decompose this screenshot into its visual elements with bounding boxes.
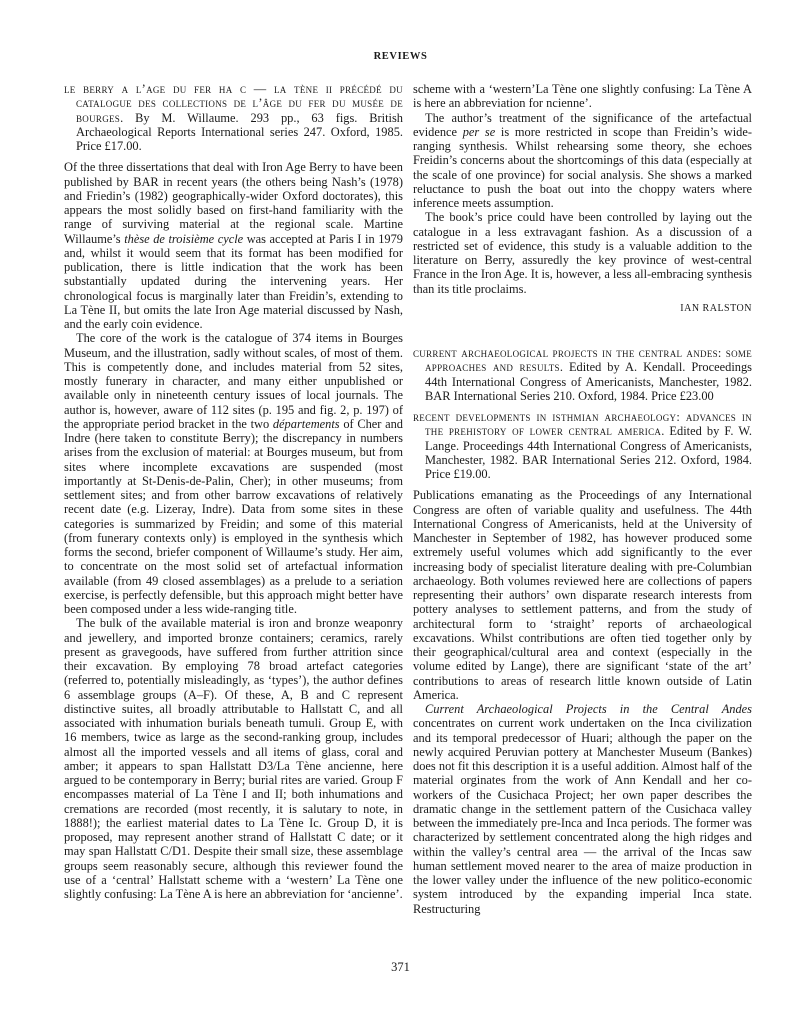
left-column: Le Berry a l’age du fer Ha C — La Tène I…: [64, 82, 403, 952]
italic-term: thèse de troisième cycle: [124, 232, 243, 246]
reviewer-signature: IAN RALSTON: [413, 302, 752, 316]
review-paragraph: The core of the work is the catalogue of…: [64, 331, 403, 616]
review-paragraph: Of the three dissertations that deal wit…: [64, 160, 403, 331]
paragraph-text: Publications emanating as the Proceeding…: [413, 488, 752, 702]
review-citation-willaume: Le Berry a l’age du fer Ha C — La Tène I…: [64, 82, 403, 153]
citation-details: . By M. Willaume. 293 pp., 63 figs. Brit…: [76, 111, 403, 154]
italic-book-title: Current Archaeological Projects in the C…: [425, 702, 752, 716]
paragraph-text: The bulk of the available material is ir…: [64, 616, 403, 901]
review-paragraph-continued: The bulk of the available material is ir…: [64, 616, 403, 901]
review-paragraph: The author’s treatment of the significan…: [413, 111, 752, 211]
italic-term: départements: [273, 417, 340, 431]
paragraph-text: was accepted at Paris I in 1979 and, whi…: [64, 232, 403, 332]
paragraph-text: concentrates on current work undertaken …: [413, 716, 752, 915]
review-citation-kendall: Current archaeological projects in the C…: [413, 346, 752, 403]
review-paragraph: The book’s price could have been control…: [413, 210, 752, 296]
review-citation-lange: Recent developments in Isthmian archaeol…: [413, 410, 752, 481]
running-head: REVIEWS: [0, 51, 801, 62]
review-paragraph: Current Archaeological Projects in the C…: [413, 702, 752, 916]
right-column: The author’s treatment of the significan…: [413, 82, 752, 916]
page-number: 371: [0, 960, 801, 975]
italic-term: per se: [463, 125, 496, 139]
paragraph-text: of Cher and Indre (here taken to constit…: [64, 417, 403, 616]
review-paragraph: Publications emanating as the Proceeding…: [413, 488, 752, 702]
paragraph-text: The book’s price could have been control…: [413, 210, 752, 295]
